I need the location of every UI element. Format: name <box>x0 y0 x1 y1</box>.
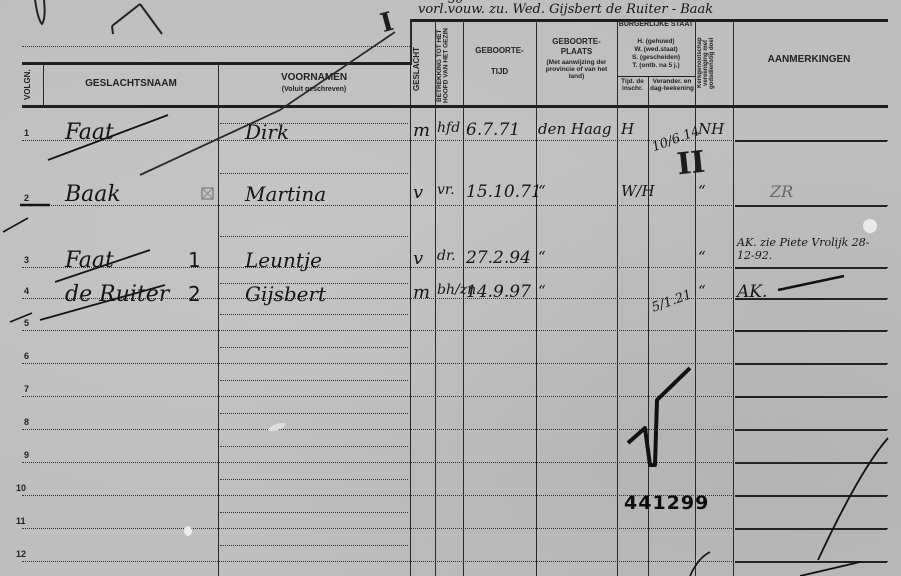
diagonal-strike-stroke <box>140 32 395 175</box>
handwritten-strokes <box>0 0 901 576</box>
register-card: vorl.vouw. zu. Wed. Gijsbert de Ruiter -… <box>0 0 901 576</box>
